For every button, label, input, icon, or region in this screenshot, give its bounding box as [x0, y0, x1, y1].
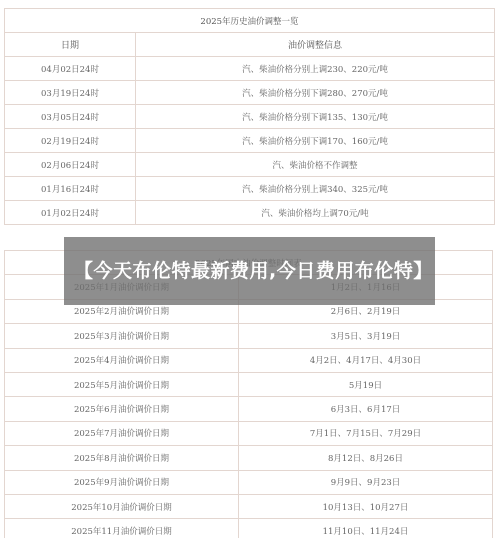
table-row: 01月16日24时 汽、柴油价格分别上调340、325元/吨: [5, 177, 495, 201]
table-row: 04月02日24时 汽、柴油价格分别上调230、220元/吨: [5, 57, 495, 81]
cell-dates: 4月2日、4月17日、4月30日: [239, 348, 493, 372]
table-row: 2025年3月油价调价日期 3月5日、3月19日: [5, 324, 493, 348]
table-row: 2025年9月油价调价日期 9月9日、9月23日: [5, 470, 493, 494]
table-row: 2025年6月油价调价日期 6月3日、6月17日: [5, 397, 493, 421]
cell-dates: 5月19日: [239, 372, 493, 396]
cell-date: 03月19日24时: [5, 81, 136, 105]
table-row: 02月19日24时 汽、柴油价格分别下调170、160元/吨: [5, 129, 495, 153]
cell-info: 汽、柴油价格分别下调170、160元/吨: [136, 129, 495, 153]
cell-month: 2025年3月油价调价日期: [5, 324, 239, 348]
cell-info: 汽、柴油价格分别下调280、270元/吨: [136, 81, 495, 105]
table-title: 2025年历史油价调整一览: [5, 9, 495, 33]
cell-info: 汽、柴油价格均上调70元/吨: [136, 201, 495, 225]
table-title-row: 2025年历史油价调整一览: [5, 9, 495, 33]
cell-dates: 10月13日、10月27日: [239, 494, 493, 518]
cell-info: 汽、柴油价格分别下调135、130元/吨: [136, 105, 495, 129]
cell-month: 2025年10月油价调价日期: [5, 494, 239, 518]
cell-month: 2025年5月油价调价日期: [5, 372, 239, 396]
column-header-date: 日期: [5, 33, 136, 57]
cell-date: 02月19日24时: [5, 129, 136, 153]
cell-date: 02月06日24时: [5, 153, 136, 177]
cell-date: 03月05日24时: [5, 105, 136, 129]
cell-month: 2025年8月油价调价日期: [5, 446, 239, 470]
table-row: 2025年11月油价调价日期 11月10日、11月24日: [5, 519, 493, 538]
cell-month: 2025年11月油价调价日期: [5, 519, 239, 538]
column-header-info: 油价调整信息: [136, 33, 495, 57]
cell-month: 2025年6月油价调价日期: [5, 397, 239, 421]
cell-info: 汽、柴油价格分别上调230、220元/吨: [136, 57, 495, 81]
cell-dates: 8月12日、8月26日: [239, 446, 493, 470]
cell-date: 04月02日24时: [5, 57, 136, 81]
table-row: 01月02日24时 汽、柴油价格均上调70元/吨: [5, 201, 495, 225]
table-row: 2025年5月油价调价日期 5月19日: [5, 372, 493, 396]
table-row: 2025年7月油价调价日期 7月1日、7月15日、7月29日: [5, 421, 493, 445]
headline-text: 【今天布伦特最新费用,今日费用布伦特】: [74, 259, 425, 284]
cell-dates: 3月5日、3月19日: [239, 324, 493, 348]
table-header-row: 日期 油价调整信息: [5, 33, 495, 57]
cell-month: 2025年9月油价调价日期: [5, 470, 239, 494]
cell-date: 01月02日24时: [5, 201, 136, 225]
headline-overlay-banner: 【今天布伦特最新费用,今日费用布伦特】: [64, 237, 435, 305]
cell-info: 汽、柴油价格不作调整: [136, 153, 495, 177]
table-row: 03月19日24时 汽、柴油价格分别下调280、270元/吨: [5, 81, 495, 105]
cell-date: 01月16日24时: [5, 177, 136, 201]
cell-info: 汽、柴油价格分别上调340、325元/吨: [136, 177, 495, 201]
cell-dates: 11月10日、11月24日: [239, 519, 493, 538]
table-row: 02月06日24时 汽、柴油价格不作调整: [5, 153, 495, 177]
cell-dates: 6月3日、6月17日: [239, 397, 493, 421]
cell-dates: 9月9日、9月23日: [239, 470, 493, 494]
cell-dates: 7月1日、7月15日、7月29日: [239, 421, 493, 445]
table-row: 2025年8月油价调价日期 8月12日、8月26日: [5, 446, 493, 470]
cell-month: 2025年4月油价调价日期: [5, 348, 239, 372]
cell-month: 2025年7月油价调价日期: [5, 421, 239, 445]
table-row: 03月05日24时 汽、柴油价格分别下调135、130元/吨: [5, 105, 495, 129]
table-row: 2025年10月油价调价日期 10月13日、10月27日: [5, 494, 493, 518]
table-row: 2025年4月油价调价日期 4月2日、4月17日、4月30日: [5, 348, 493, 372]
oil-price-history-table: 2025年历史油价调整一览 日期 油价调整信息 04月02日24时 汽、柴油价格…: [4, 8, 495, 225]
